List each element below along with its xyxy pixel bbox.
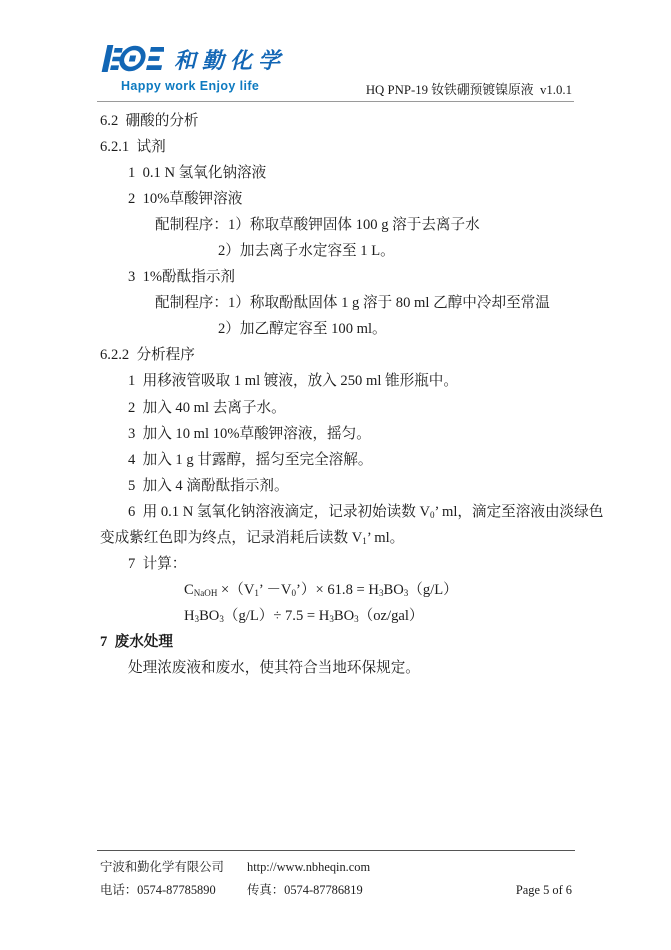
doc-line: 7 废水处理 [0, 629, 631, 655]
hq-logo-icon [100, 42, 164, 76]
doc-line: 2 10%草酸钾溶液 [0, 186, 631, 212]
doc-line: 配制程序：1）称取酚酞固体 1 g 溶于 80 ml 乙醇中冷却至常温 [0, 290, 631, 316]
doc-line: 6.2 硼酸的分析 [0, 108, 631, 134]
header-divider [97, 101, 574, 102]
doc-line: CNaOH ×（V1’ －V0’）× 61.8 = H3BO3（g/L） [0, 577, 631, 603]
document-title: HQ PNP-19 钕铁硼预镀镍原液 v1.0.1 [366, 79, 572, 98]
doc-line: 2）加乙醇定容至 100 ml。 [0, 316, 631, 342]
doc-line: 3 1%酚酞指示剂 [0, 264, 631, 290]
doc-line: H3BO3（g/L）÷ 7.5 = H3BO3（oz/gal） [0, 603, 631, 629]
footer-divider [97, 850, 575, 851]
brand-block: 和勤化学 Happy work Enjoy life [100, 42, 286, 93]
footer-website: http://www.nbheqin.com [247, 856, 516, 879]
doc-line: 配制程序：1）称取草酸钾固体 100 g 溶于去离子水 [0, 212, 631, 238]
doc-line: 1 用移液管吸取 1 ml 镀液，放入 250 ml 锥形瓶中。 [0, 368, 631, 394]
doc-line: 6.2.2 分析程序 [0, 342, 631, 368]
doc-line: 4 加入 1 g 甘露醇，摇匀至完全溶解。 [0, 447, 631, 473]
doc-line: 7 计算： [0, 551, 631, 577]
footer-company: 宁波和勤化学有限公司 [100, 856, 247, 879]
doc-line: 6.2.1 试剂 [0, 134, 631, 160]
document-page: 和勤化学 Happy work Enjoy life HQ PNP-19 钕铁硼… [0, 0, 671, 950]
footer-fax: 传真：0574-87786819 [247, 879, 516, 902]
document-body: 6.2 硼酸的分析6.2.1 试剂1 0.1 N 氢氧化钠溶液2 10%草酸钾溶… [0, 108, 631, 681]
doc-line: 2）加去离子水定容至 1 L。 [0, 238, 631, 264]
doc-line: 2 加入 40 ml 去离子水。 [0, 395, 631, 421]
doc-line: 5 加入 4 滴酚酞指示剂。 [0, 473, 631, 499]
doc-line: 1 0.1 N 氢氧化钠溶液 [0, 160, 631, 186]
company-logo-text: 和勤化学 [174, 44, 286, 75]
doc-line: 处理浓废液和废水，使其符合当地环保规定。 [0, 655, 631, 681]
footer: 宁波和勤化学有限公司 http://www.nbheqin.com 电话：057… [100, 856, 572, 901]
footer-phone: 电话：0574-87785890 [100, 879, 247, 902]
footer-page-number: Page 5 of 6 [516, 879, 572, 902]
doc-line: 3 加入 10 ml 10%草酸钾溶液，摇匀。 [0, 421, 631, 447]
doc-line: 变成紫红色即为终点，记录消耗后读数 V1’ ml。 [0, 525, 631, 551]
doc-line: 6 用 0.1 N 氢氧化钠溶液滴定，记录初始读数 V0’ ml，滴定至溶液由淡… [0, 499, 631, 525]
brand-tagline: Happy work Enjoy life [121, 79, 286, 93]
